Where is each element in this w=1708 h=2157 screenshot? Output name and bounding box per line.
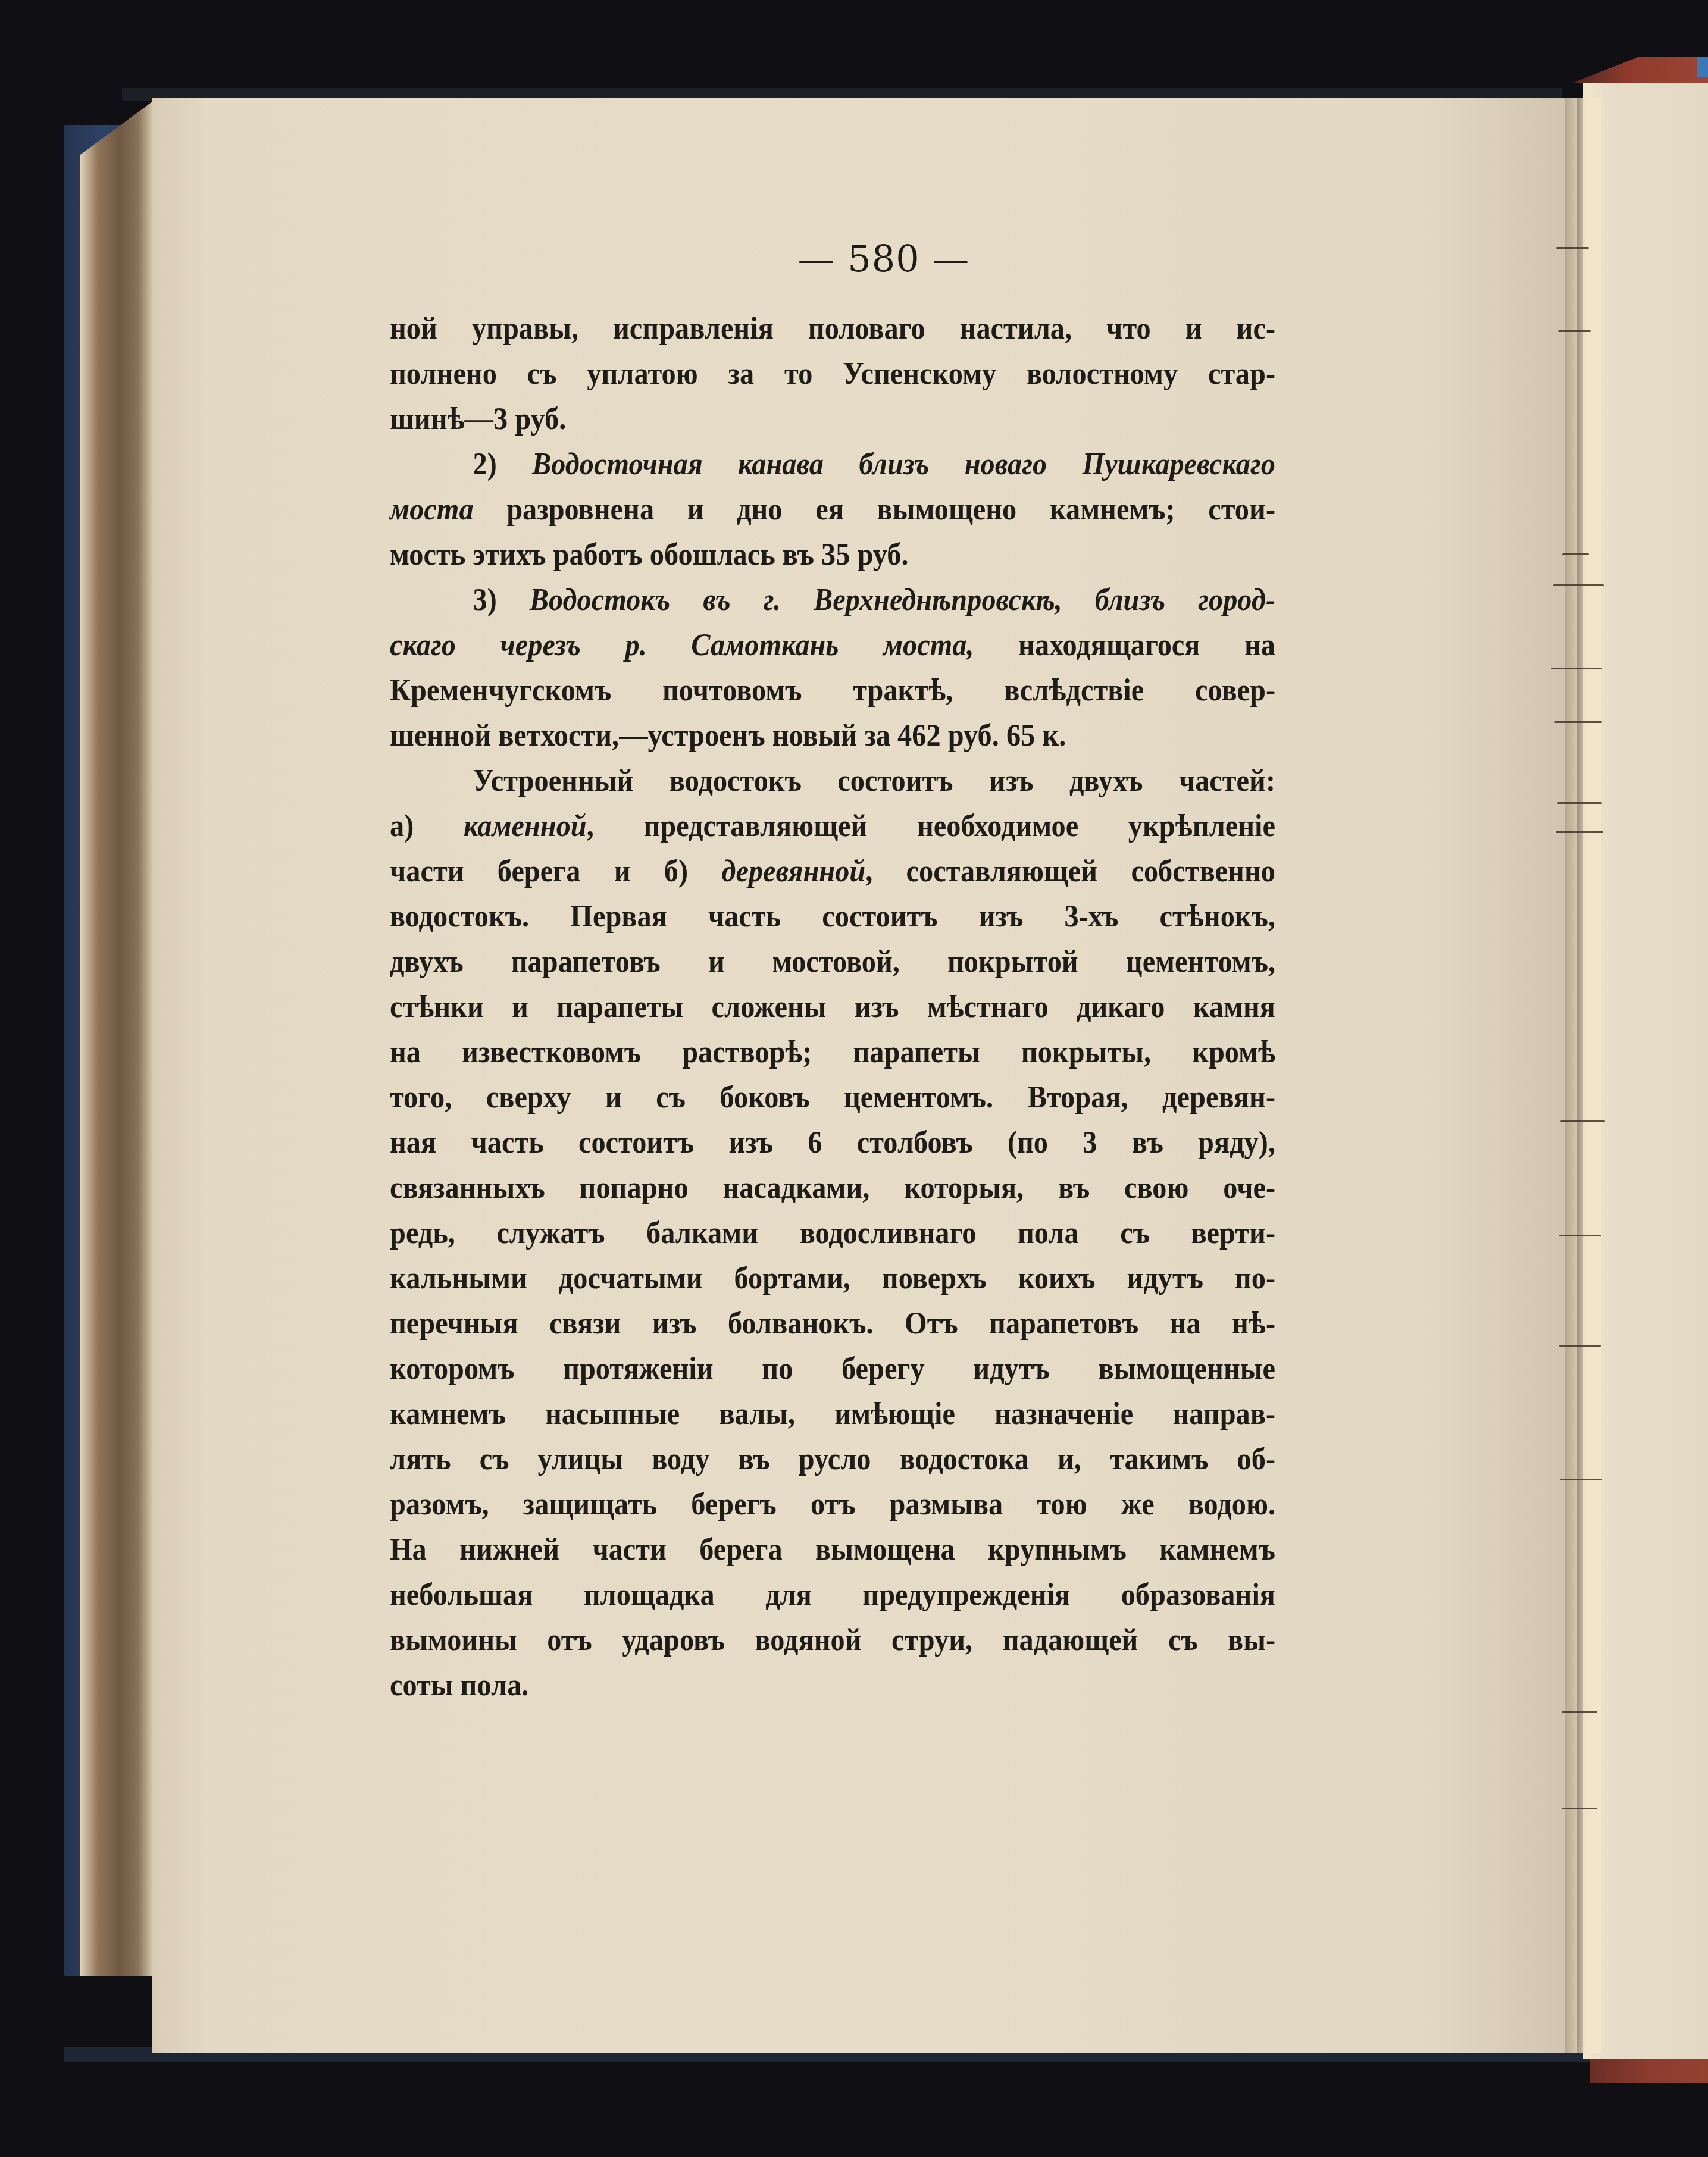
- text-line: перечныя связи изъ болванокъ. Отъ парапе…: [390, 1301, 1275, 1347]
- right-book-cover-top: [1571, 57, 1708, 83]
- spine-gutter: [1565, 98, 1601, 2053]
- text-segment: небольшая площадка для предупрежденія об…: [390, 1578, 1275, 1612]
- text-segment: того, сверху и съ боковъ цементомъ. Втор…: [390, 1081, 1275, 1114]
- text-segment: которомъ протяженіи по берегу идутъ вымо…: [390, 1352, 1275, 1386]
- text-segment: Кременчугскомъ почтовомъ трактѣ, вслѣдст…: [390, 674, 1275, 707]
- text-segment: на известковомъ растворѣ; парапеты покры…: [390, 1035, 1275, 1069]
- text-line: моста разровнена и дно ея вымощено камне…: [390, 487, 1275, 533]
- text-segment: а): [390, 809, 464, 843]
- text-line: мость этихъ работъ обошлась въ 35 руб.: [390, 533, 1275, 578]
- text-line: Устроенный водостокъ состоитъ изъ двухъ …: [390, 759, 1275, 804]
- text-segment: водостокъ. Первая часть состоитъ изъ 3-х…: [390, 900, 1275, 934]
- text-line: кальными досчатыми бортами, поверхъ коих…: [390, 1256, 1275, 1301]
- text-segment: разровнена и дно ея вымощено камнемъ; ст…: [474, 493, 1275, 527]
- text-line: двухъ парапетовъ и мостовой, покрытой це…: [390, 940, 1275, 985]
- italic-text-segment: деревянной: [721, 854, 865, 888]
- text-line: 2) Водосточная канава близъ новаго Пушка…: [390, 442, 1275, 487]
- text-line: того, сверху и съ боковъ цементомъ. Втор…: [390, 1075, 1275, 1120]
- right-cover-blue-edge: [1697, 57, 1708, 77]
- binding-thread-mark: [1556, 247, 1589, 249]
- text-line: небольшая площадка для предупрежденія об…: [390, 1573, 1275, 1618]
- text-segment: 3): [473, 583, 530, 617]
- binding-thread-mark: [1560, 1120, 1605, 1122]
- text-line: 3) Водостокъ въ г. Верхнеднѣпровскѣ, бли…: [390, 578, 1275, 623]
- text-line: ной управы, исправленія половаго настила…: [390, 306, 1275, 352]
- binding-thread-mark: [1559, 1235, 1601, 1236]
- text-segment: Устроенный водостокъ состоитъ изъ двухъ …: [473, 764, 1276, 798]
- text-line: Кременчугскомъ почтовомъ трактѣ, вслѣдст…: [390, 668, 1275, 713]
- text-segment: мость этихъ работъ обошлась въ 35 руб.: [390, 538, 909, 572]
- binding-thread-mark: [1562, 1808, 1597, 1809]
- italic-text-segment: скаго черезъ р. Самоткань моста,: [390, 628, 974, 662]
- binding-thread-mark: [1562, 1711, 1597, 1713]
- text-segment: кальными досчатыми бортами, поверхъ коих…: [390, 1261, 1275, 1295]
- text-segment: шенной ветхости,—устроенъ новый за 462 р…: [390, 719, 1066, 753]
- text-line: скаго черезъ р. Самоткань моста, находящ…: [390, 623, 1275, 668]
- right-book-cover-bottom: [1590, 2056, 1708, 2083]
- text-segment: лять съ улицы воду въ русло водостока и,…: [390, 1442, 1275, 1476]
- facing-page-strip: [1583, 83, 1708, 2059]
- text-segment: связанныхъ попарно насадками, которыя, в…: [390, 1171, 1275, 1205]
- text-line: камнемъ насыпные валы, имѣющіе назначені…: [390, 1392, 1275, 1437]
- italic-text-segment: Водостокъ въ г. Верхнеднѣпровскѣ, близъ …: [530, 583, 1275, 617]
- text-line: стѣнки и парапеты сложены изъ мѣстнаго д…: [390, 985, 1275, 1030]
- text-segment: , представляющей необходимое укрѣпленіе: [587, 809, 1275, 843]
- text-line: шинѣ—3 руб.: [390, 397, 1275, 442]
- text-line: водостокъ. Первая часть состоитъ изъ 3-х…: [390, 894, 1275, 940]
- text-line: полнено съ уплатою за то Успенскому воло…: [390, 352, 1275, 397]
- text-segment: камнемъ насыпные валы, имѣющіе назначені…: [390, 1397, 1275, 1431]
- text-line: а) каменной, представляющей необходимое …: [390, 804, 1275, 849]
- text-line: которомъ протяженіи по берегу идутъ вымо…: [390, 1347, 1275, 1392]
- text-segment: вымоины отъ ударовъ водяной струи, падаю…: [390, 1623, 1275, 1657]
- text-segment: соты пола.: [390, 1668, 528, 1702]
- italic-text-segment: моста: [390, 493, 474, 527]
- italic-text-segment: каменной: [464, 809, 587, 843]
- text-line: шенной ветхости,—устроенъ новый за 462 р…: [390, 713, 1275, 759]
- binding-thread-mark: [1554, 721, 1602, 723]
- text-segment: полнено съ уплатою за то Успенскому воло…: [390, 357, 1275, 391]
- text-line: соты пола.: [390, 1663, 1275, 1708]
- text-segment: редь, служатъ балками водосливнаго пола …: [390, 1216, 1275, 1250]
- text-segment: двухъ парапетовъ и мостовой, покрытой це…: [390, 945, 1275, 979]
- text-segment: разомъ, защищать берегъ отъ размыва тою …: [390, 1488, 1275, 1522]
- binding-thread-mark: [1553, 584, 1604, 586]
- text-segment: перечныя связи изъ болванокъ. Отъ парапе…: [390, 1307, 1275, 1341]
- text-line: вымоины отъ ударовъ водяной струи, падаю…: [390, 1618, 1275, 1663]
- text-line: на известковомъ растворѣ; парапеты покры…: [390, 1030, 1275, 1075]
- binding-thread-mark: [1562, 553, 1589, 555]
- text-line: редь, служатъ балками водосливнаго пола …: [390, 1211, 1275, 1256]
- text-segment: ной управы, исправленія половаго настила…: [390, 312, 1275, 346]
- body-text: ной управы, исправленія половаго настила…: [390, 306, 1342, 1708]
- text-line: разомъ, защищать берегъ отъ размыва тою …: [390, 1482, 1275, 1527]
- text-segment: На нижней части берега вымощена крупнымъ…: [390, 1533, 1275, 1567]
- page-stack-edge: [80, 101, 153, 1976]
- page-text-column: — 580 — ной управы, исправленія половаго…: [390, 235, 1342, 1708]
- italic-text-segment: Водосточная канава близъ новаго Пушкарев…: [532, 447, 1275, 481]
- binding-thread-mark: [1556, 831, 1603, 833]
- text-segment: стѣнки и парапеты сложены изъ мѣстнаго д…: [390, 990, 1275, 1024]
- text-line: лять съ улицы воду въ русло водостока и,…: [390, 1437, 1275, 1482]
- text-segment: находящагося на: [974, 628, 1275, 662]
- text-segment: , составляющей собственно: [865, 854, 1275, 888]
- binding-thread-mark: [1559, 1345, 1601, 1347]
- binding-thread-mark: [1557, 802, 1602, 804]
- text-segment: части берега и б): [390, 854, 721, 888]
- text-segment: ная часть состоитъ изъ 6 столбовъ (по 3 …: [390, 1126, 1275, 1160]
- text-line: связанныхъ попарно насадками, которыя, в…: [390, 1166, 1275, 1211]
- page-number: — 580 —: [426, 235, 1342, 306]
- text-line: На нижней части берега вымощена крупнымъ…: [390, 1527, 1275, 1573]
- binding-thread-mark: [1558, 330, 1591, 332]
- text-segment: 2): [473, 447, 533, 481]
- text-segment: шинѣ—3 руб.: [390, 402, 566, 436]
- text-line: части берега и б) деревянной, составляющ…: [390, 849, 1275, 894]
- binding-thread-mark: [1551, 668, 1602, 669]
- text-line: ная часть состоитъ изъ 6 столбовъ (по 3 …: [390, 1120, 1275, 1166]
- binding-thread-mark: [1560, 1479, 1602, 1480]
